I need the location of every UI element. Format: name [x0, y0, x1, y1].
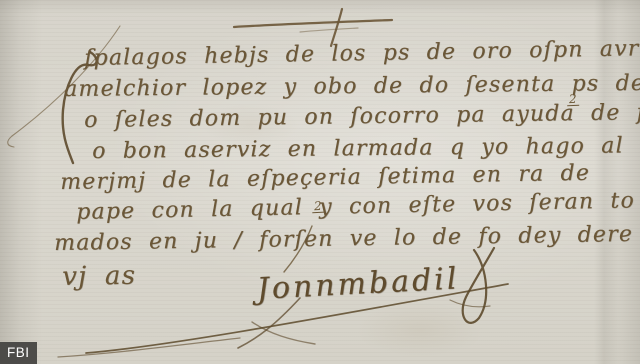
handwriting-line-1: ſpalagos hebjs de los ps de oro oſpn avr… [84, 34, 640, 71]
image-credit-badge: FBI [0, 342, 37, 364]
manuscript-photo: ſpalagos hebjs de los ps de oro oſpn avr… [0, 0, 640, 364]
handwriting-line-8: vj as [62, 261, 136, 292]
image-credit-label: FBI [7, 342, 30, 364]
handwriting-line-5: merjmj de la eſpeçeria ſetima en ra de [60, 161, 590, 195]
handwriting-line-6: pape con la qual y con eſte vos ſeran to [76, 188, 635, 225]
interlinear-mark: 2 [312, 200, 324, 214]
signature-rubric: Jonnmbadil [256, 261, 460, 307]
handwriting-line-4: o bon aserviz en larmada q yo hago al de… [92, 133, 640, 164]
handwriting-line-7: mados en ju / forſen ve lo de fo dey der… [54, 222, 633, 256]
handwriting-line-3: o ſeles dom pu on ſocorro pa ayuda de ſu… [84, 98, 640, 133]
handwriting-line-2: amelchior lopez y obo de do ſesenta ps d… [64, 69, 640, 102]
interlinear-mark: 2 [567, 93, 579, 106]
